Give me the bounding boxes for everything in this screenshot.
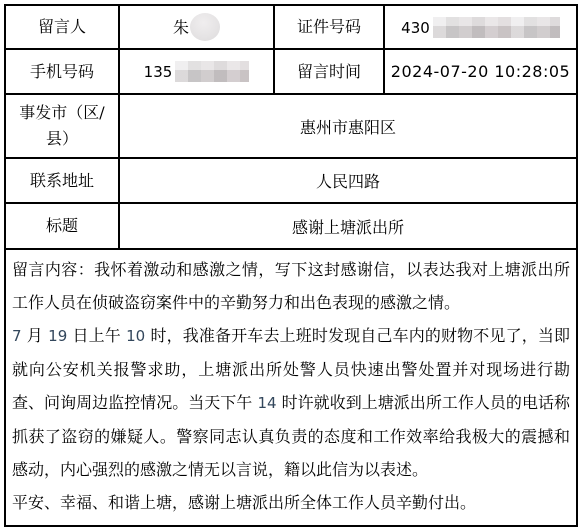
messenger-label: 留言人 [5, 5, 119, 49]
messenger-value: 朱 [119, 5, 274, 49]
message-time-value: 2024-07-20 10:28:05 [384, 49, 577, 94]
table-row: 联系地址 人民四路 [5, 158, 577, 203]
message-record-table: 留言人 朱 证件号码 430 手机号码 135 留言时间 2024-07-20 … [4, 4, 578, 527]
id-number-value: 430 [384, 5, 577, 49]
redaction-blur [190, 13, 220, 41]
message-content-label: 留言内容： [12, 260, 94, 279]
messenger-name-prefix: 朱 [173, 18, 189, 37]
phone-value: 135 [119, 49, 274, 94]
message-paragraph: 平安、幸福、和谐上塘，感谢上塘派出所全体工作人员辛勤付出。 [12, 486, 570, 519]
table-row: 事发市（区/县） 惠州市惠阳区 [5, 94, 577, 158]
table-row: 留言人 朱 证件号码 430 [5, 5, 577, 49]
phone-label: 手机号码 [5, 49, 119, 94]
message-content-cell: 留言内容：我怀着激动和感激之情，写下这封感谢信，以表达我对上塘派出所工作人员在侦… [5, 249, 577, 526]
id-number-prefix: 430 [401, 19, 430, 37]
title-label: 标题 [5, 203, 119, 249]
id-number-label: 证件号码 [274, 5, 384, 49]
redaction-mosaic [175, 61, 249, 82]
message-paragraph: 7 月 19 日上午 10 时，我准备开车去上班时发现自己车内的财物不见了，当即… [12, 319, 570, 486]
contact-address-value: 人民四路 [119, 158, 577, 203]
table-row: 留言内容：我怀着激动和感激之情，写下这封感谢信，以表达我对上塘派出所工作人员在侦… [5, 249, 577, 526]
phone-prefix: 135 [144, 63, 173, 81]
table-row: 手机号码 135 留言时间 2024-07-20 10:28:05 [5, 49, 577, 94]
table-row: 标题 感谢上塘派出所 [5, 203, 577, 249]
message-paragraph: 留言内容：我怀着激动和感激之情，写下这封感谢信，以表达我对上塘派出所工作人员在侦… [12, 253, 570, 319]
incident-city-label: 事发市（区/县） [5, 94, 119, 158]
message-paragraph-text: 我怀着激动和感激之情，写下这封感谢信，以表达我对上塘派出所工作人员在侦破盗窃案件… [12, 260, 570, 312]
redaction-mosaic [433, 17, 560, 38]
message-time-label: 留言时间 [274, 49, 384, 94]
incident-city-value: 惠州市惠阳区 [119, 94, 577, 158]
contact-address-label: 联系地址 [5, 158, 119, 203]
title-value: 感谢上塘派出所 [119, 203, 577, 249]
